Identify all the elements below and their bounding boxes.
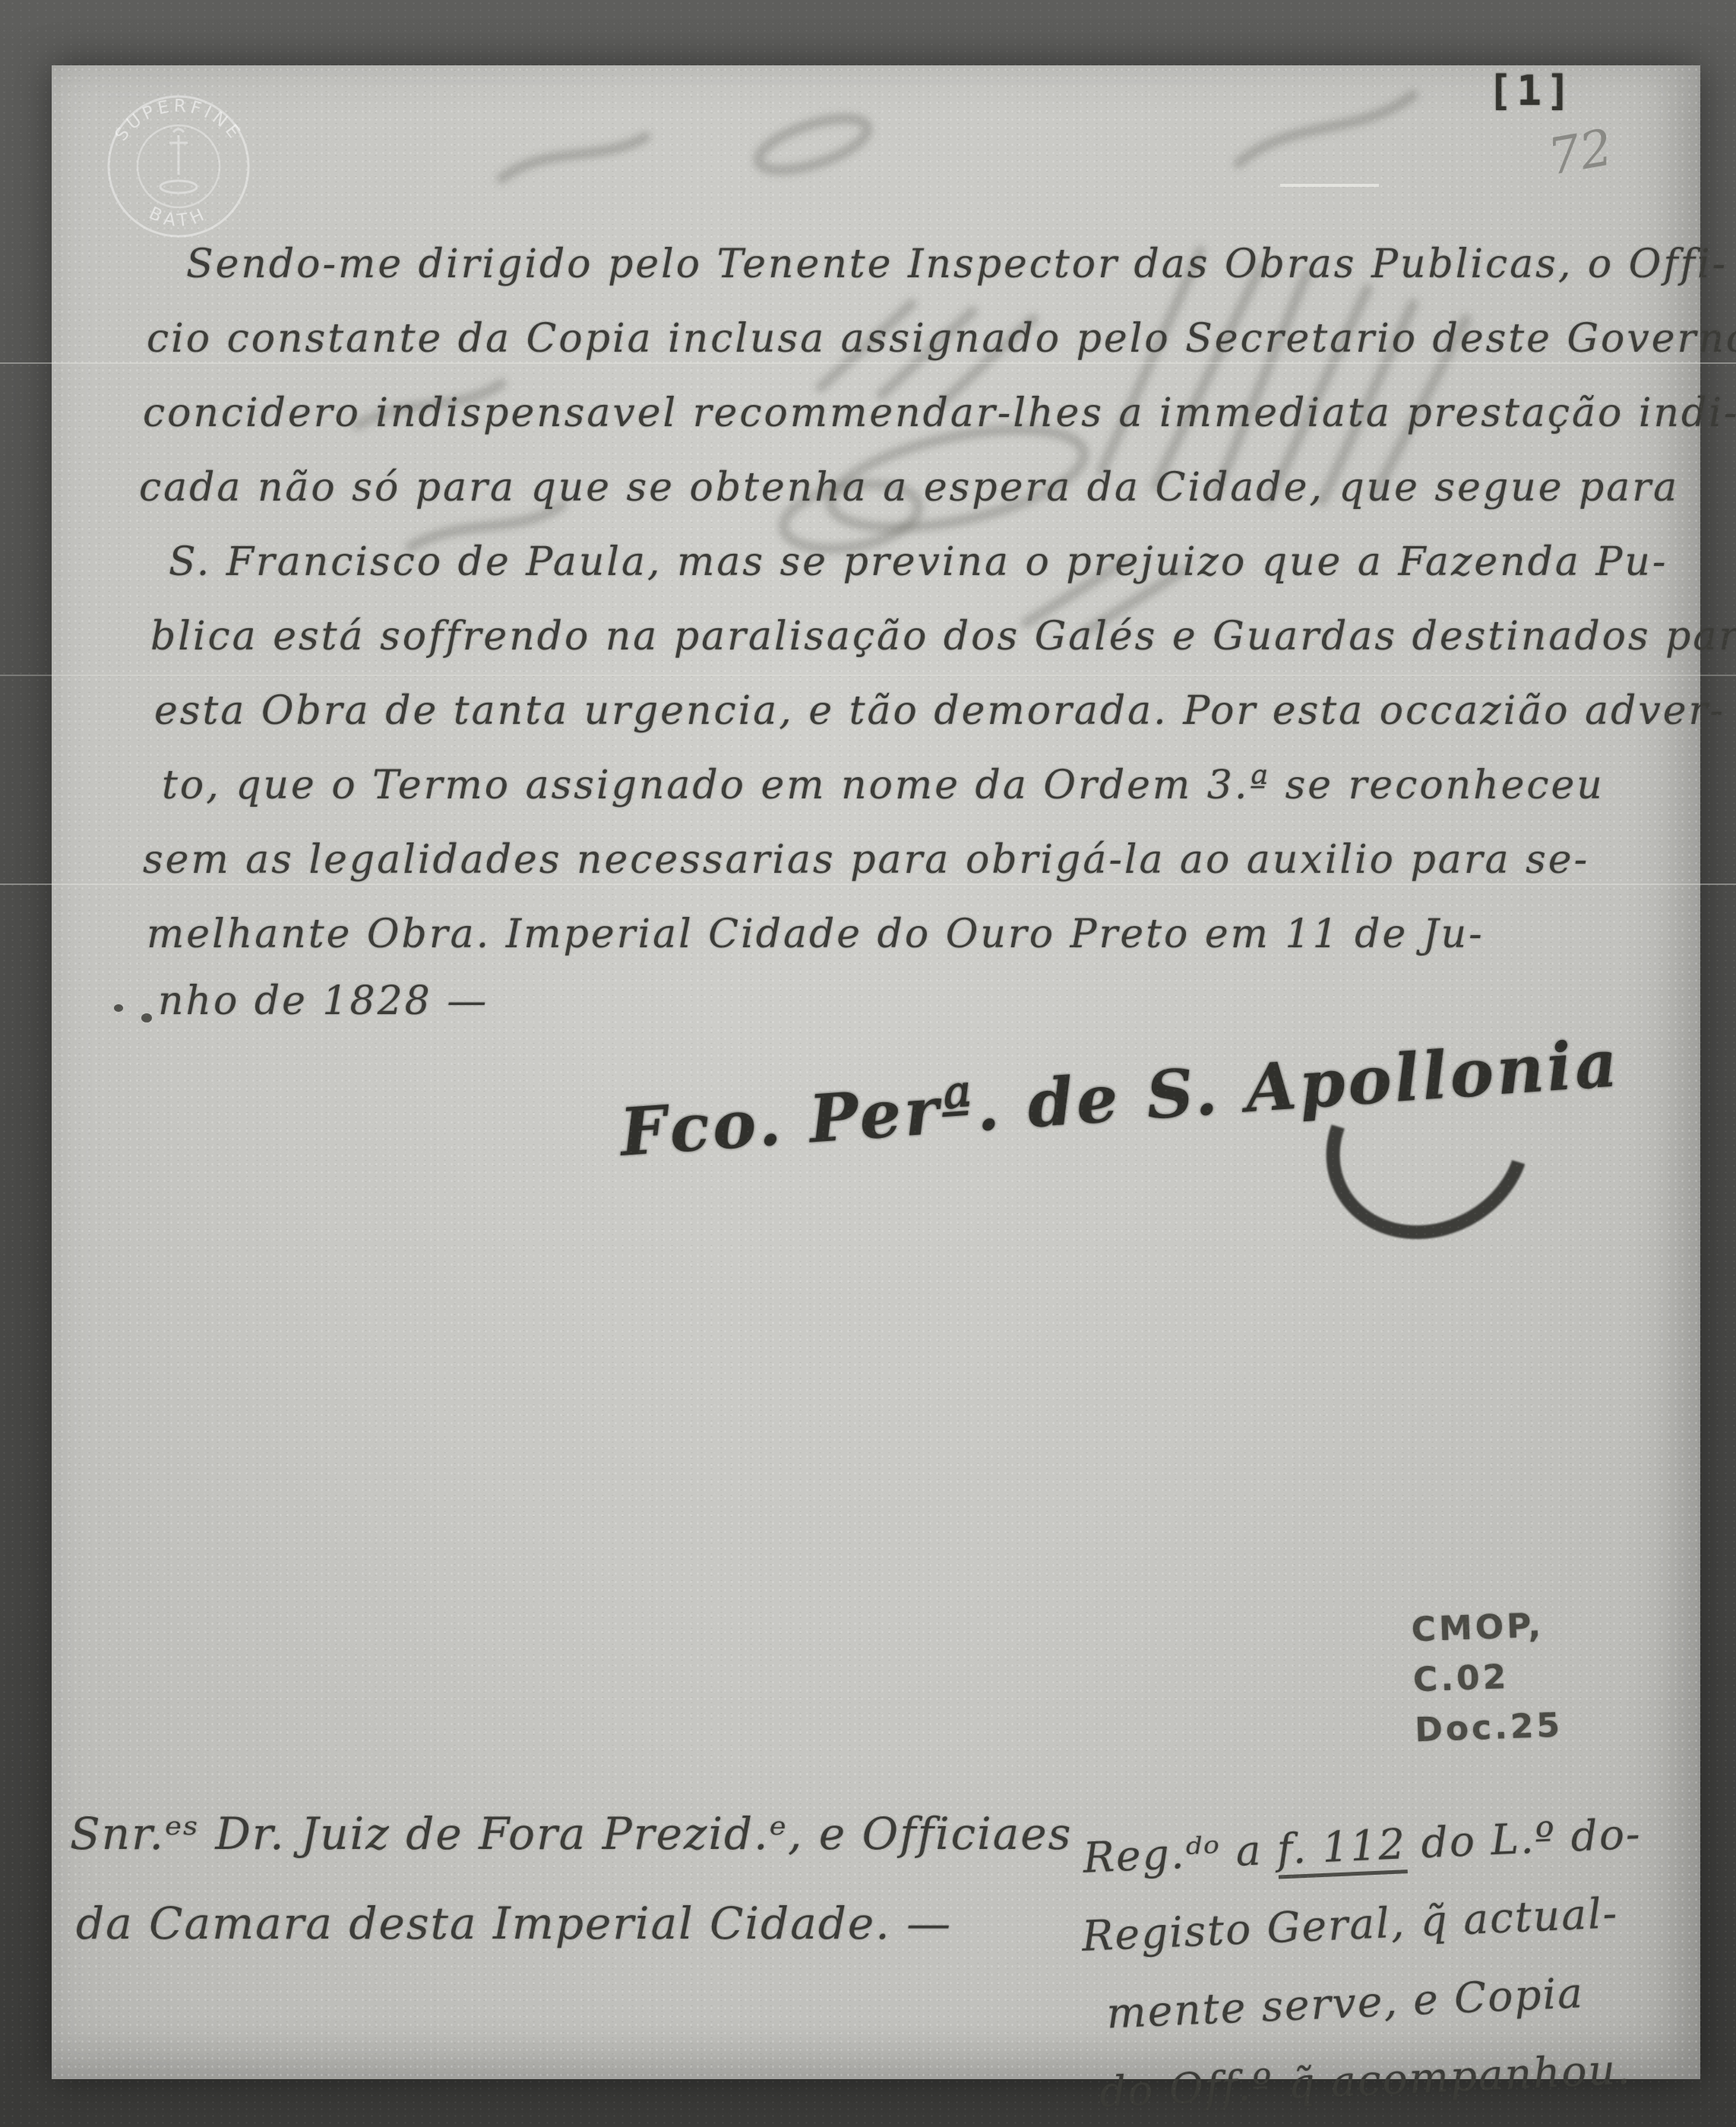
embossed-paper-seal: SUPERFINE BATH [91,79,266,254]
seal-crown-emblem [160,129,197,193]
folio-stamp: [1] [1488,67,1576,115]
archive-stamp-box: C.02 [1412,1651,1562,1706]
manuscript-line: nho de 1828 — [158,978,489,1024]
archive-stamp-fund: CMOP, [1411,1601,1561,1656]
manuscript-line: Sendo-me dirigido pelo Tenente Inspector… [186,242,1728,287]
pencil-page-number: 72 [1544,118,1617,186]
ink-spot [141,1013,152,1022]
microfilm-frame: SUPERFINE BATH [1] 72 Sendo-me dirigido … [0,0,1736,2127]
manuscript-line: to, que o Termo assignado em nome da Ord… [162,763,1605,808]
registration-folio-number: f. 112 [1276,1819,1408,1879]
manuscript-line: esta Obra de tanta urgencia, e tão demor… [154,688,1725,734]
manuscript-line: melhante Obra. Imperial Cidade do Ouro P… [147,912,1485,957]
ink-spot [114,1004,123,1012]
manuscript-line: cio constante da Copia inclusa assignado… [147,316,1736,362]
registration-note-text: Reg.ᵈᵒ a [1082,1825,1278,1882]
registration-note-text: do L.º do- [1406,1809,1643,1868]
manuscript-line: concidero indispensavel recommendar-lhes… [143,390,1736,436]
manuscript-line: blica está soffrendo na paralisação dos … [150,614,1736,659]
addressee-line: Snr.ᵉˢ Dr. Juiz de Fora Prezid.ᵉ, e Offi… [70,1808,1072,1860]
manuscript-line: S. Francisco de Paula, mas se previna o … [169,539,1668,585]
archive-reference-stamp: CMOP, C.02 Doc.25 [1411,1601,1564,1756]
manuscript-line: cada não só para que se obtenha a espera… [139,465,1679,510]
registration-note: Reg.ᵈᵒ a f. 112 do L.º do- Registo Geral… [1081,1794,1671,2127]
addressee-line: da Camara desta Imperial Cidade. — [76,1898,952,1949]
manuscript-line: sem as legalidades necessarias para obri… [143,837,1589,883]
archive-stamp-doc: Doc.25 [1414,1701,1564,1756]
